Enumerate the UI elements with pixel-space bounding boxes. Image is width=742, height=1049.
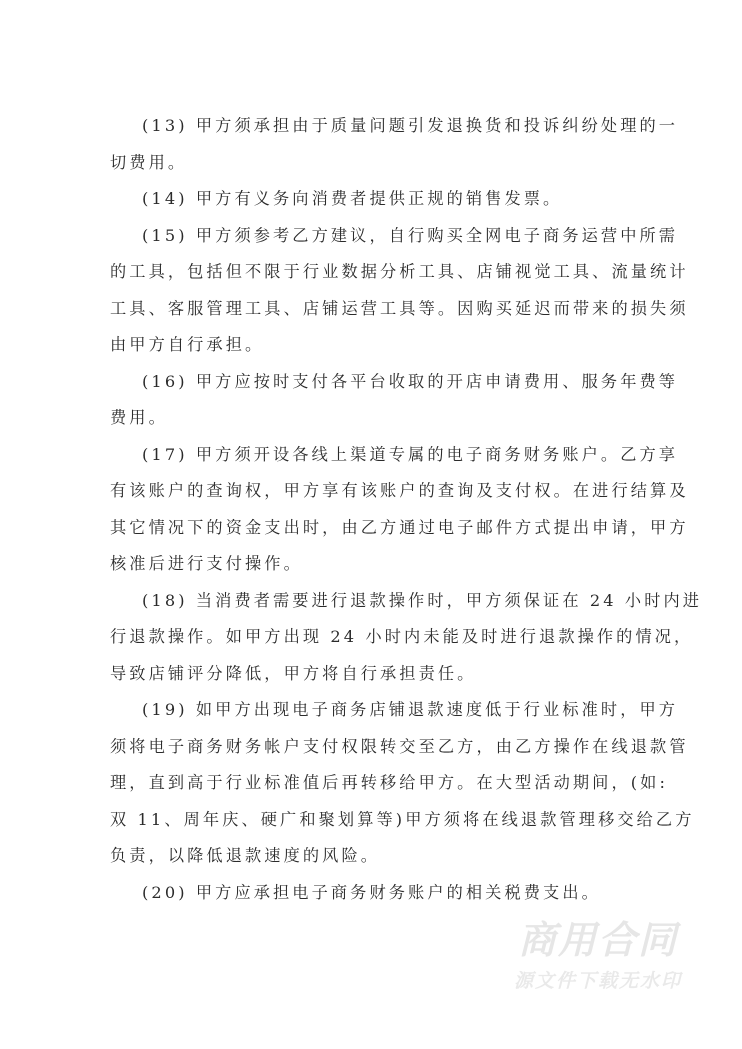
clause-line: 核准后进行支付操作。	[110, 546, 632, 583]
clause-16: (16) 甲方应按时支付各平台收取的开店申请费用、服务年费等 费用。	[110, 364, 632, 437]
watermark-title: 商用合同	[508, 918, 688, 962]
clause-line: 负责，以降低退款速度的风险。	[110, 838, 632, 875]
clause-line: 的工具，包括但不限于行业数据分析工具、店铺视觉工具、流量统计	[110, 254, 632, 291]
clause-line: 双 11、周年庆、硬广和聚划算等)甲方须将在线退款管理移交给乙方	[110, 802, 632, 839]
clause-line: 工具、客服管理工具、店铺运营工具等。因购买延迟而带来的损失须	[110, 291, 632, 328]
clause-line: (15) 甲方须参考乙方建议，自行购买全网电子商务运营中所需	[110, 218, 632, 255]
clause-line: 费用。	[110, 400, 632, 437]
clause-13: (13) 甲方须承担由于质量问题引发退换货和投诉纠纷处理的一 切费用。	[110, 108, 632, 181]
clause-line: (16) 甲方应按时支付各平台收取的开店申请费用、服务年费等	[110, 364, 632, 401]
clause-14: (14) 甲方有义务向消费者提供正规的销售发票。	[110, 181, 632, 218]
clause-line: 须将电子商务财务帐户支付权限转交至乙方，由乙方操作在线退款管	[110, 729, 632, 766]
clause-line: (20) 甲方应承担电子商务财务账户的相关税费支出。	[110, 875, 632, 912]
clause-line: (19) 如甲方出现电子商务店铺退款速度低于行业标准时，甲方	[110, 692, 632, 729]
watermark-subtitle: 源文件下载无水印	[508, 968, 688, 994]
clause-line: (13) 甲方须承担由于质量问题引发退换货和投诉纠纷处理的一	[110, 108, 632, 145]
clause-line: 由甲方自行承担。	[110, 327, 632, 364]
watermark: 商用合同 源文件下载无水印	[508, 918, 688, 994]
clause-line: 理，直到高于行业标准值后再转移给甲方。在大型活动期间，(如:	[110, 765, 632, 802]
clause-line: (14) 甲方有义务向消费者提供正规的销售发票。	[110, 181, 632, 218]
clause-line: (18) 当消费者需要进行退款操作时，甲方须保证在 24 小时内进	[110, 583, 632, 620]
clause-line: 有该账户的查询权，甲方享有该账户的查询及支付权。在进行结算及	[110, 473, 632, 510]
clause-18: (18) 当消费者需要进行退款操作时，甲方须保证在 24 小时内进 行退款操作。…	[110, 583, 632, 693]
clause-19: (19) 如甲方出现电子商务店铺退款速度低于行业标准时，甲方 须将电子商务财务帐…	[110, 692, 632, 875]
clause-15: (15) 甲方须参考乙方建议，自行购买全网电子商务运营中所需 的工具，包括但不限…	[110, 218, 632, 364]
document-body: (13) 甲方须承担由于质量问题引发退换货和投诉纠纷处理的一 切费用。 (14)…	[110, 108, 632, 911]
clause-line: (17) 甲方须开设各线上渠道专属的电子商务财务账户。乙方享	[110, 437, 632, 474]
clause-line: 导致店铺评分降低，甲方将自行承担责任。	[110, 656, 632, 693]
clause-line: 切费用。	[110, 145, 632, 182]
document-page: (13) 甲方须承担由于质量问题引发退换货和投诉纠纷处理的一 切费用。 (14)…	[0, 0, 742, 1049]
clause-line: 行退款操作。如甲方出现 24 小时内未能及时进行退款操作的情况，	[110, 619, 632, 656]
clause-20: (20) 甲方应承担电子商务财务账户的相关税费支出。	[110, 875, 632, 912]
clause-17: (17) 甲方须开设各线上渠道专属的电子商务财务账户。乙方享 有该账户的查询权，…	[110, 437, 632, 583]
clause-line: 其它情况下的资金支出时，由乙方通过电子邮件方式提出申请，甲方	[110, 510, 632, 547]
